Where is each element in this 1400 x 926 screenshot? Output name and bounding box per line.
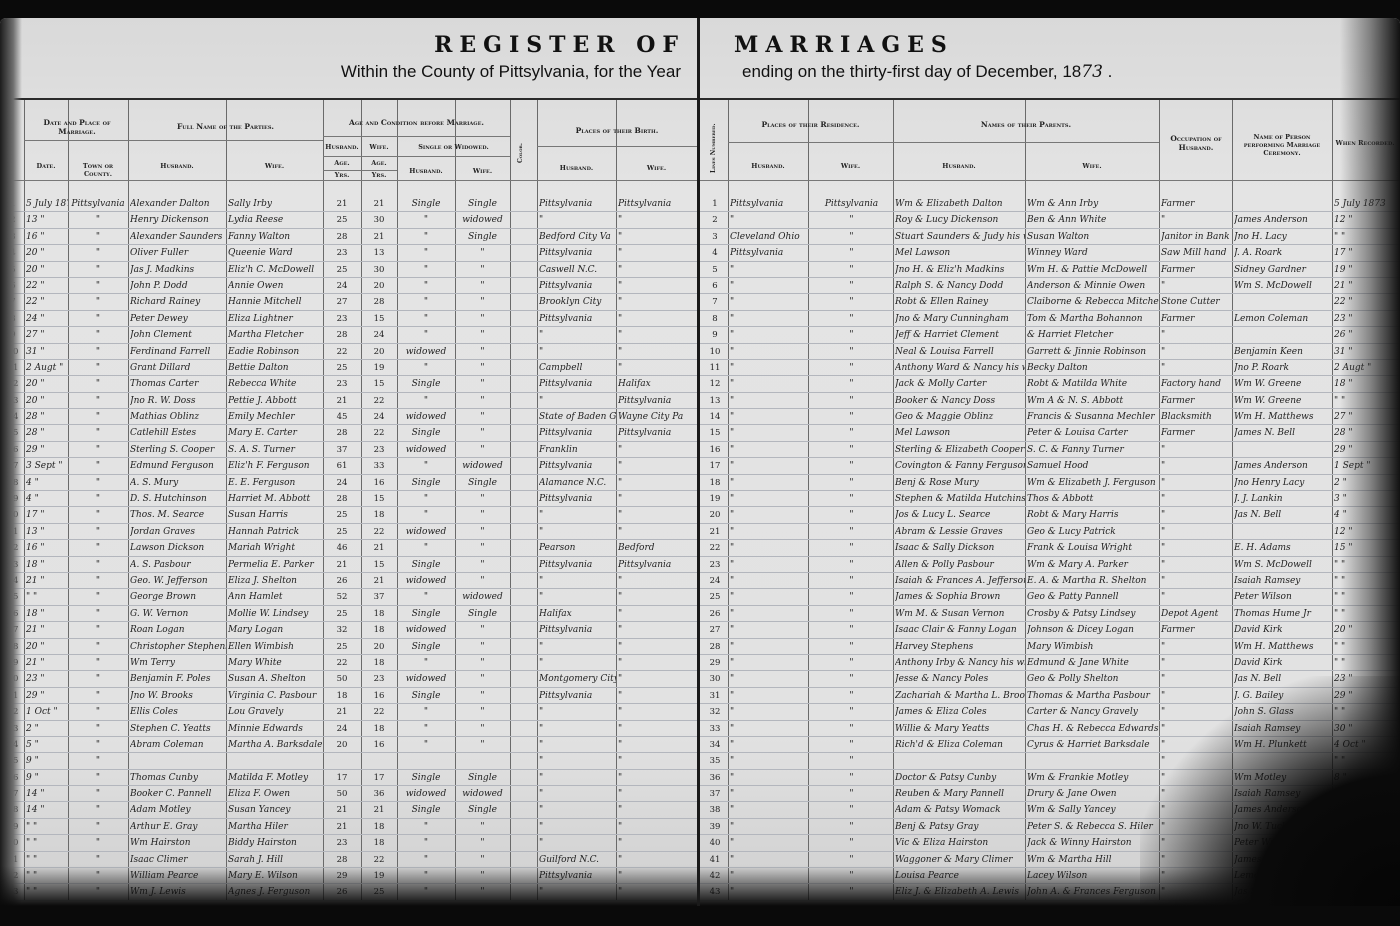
- wife-age: 21: [361, 575, 397, 587]
- husband-parents: Isaiah & Frances A. Jefferson: [895, 575, 1025, 587]
- husband-parents: Geo & Maggie Oblinz: [895, 411, 1025, 423]
- town-county: ": [70, 804, 126, 816]
- wife-birthplace: Pittsylvania: [618, 198, 697, 210]
- husband-name: Peter Dewey: [130, 313, 226, 325]
- husband-age: 24: [323, 477, 361, 489]
- husband-name: Jas J. Madkins: [130, 264, 226, 276]
- wife-parents: Carter & Nancy Gravely: [1027, 706, 1159, 718]
- wife-birthplace: ": [618, 280, 697, 292]
- wife-age: 22: [361, 427, 397, 439]
- register-entry-row: 2""Roy & Lucy DickensonBen & Ann White"J…: [700, 212, 1400, 228]
- wife-age: 33: [361, 460, 397, 472]
- husband-occupation: ": [1161, 493, 1232, 505]
- wife-name: Hannah Patrick: [228, 526, 323, 538]
- marriage-date: 20 ": [26, 395, 68, 407]
- wife-birthplace: ": [618, 346, 697, 358]
- husband-residence: ": [730, 739, 808, 751]
- date-recorded: 30 ": [1334, 723, 1398, 735]
- wife-parents: Francis & Susanna Mechler: [1027, 411, 1159, 423]
- date-recorded: " ": [1334, 641, 1398, 653]
- wife-parents: Cyrus & Harriet Barksdale: [1027, 739, 1159, 751]
- wife-name: Martha A. Barksdale: [228, 739, 323, 751]
- wife-name: Eliz'h C. McDowell: [228, 264, 323, 276]
- register-entry-row: 20""Jos & Lucy L. SearceRobt & Mary Harr…: [700, 507, 1400, 523]
- register-entry-row: 31""Zachariah & Martha L. BrooksThomas &…: [700, 688, 1400, 704]
- line-number: 25: [4, 591, 22, 603]
- wife-condition: ": [455, 723, 510, 735]
- marriage-date: 28 ": [26, 427, 68, 439]
- husband-birthplace: Alamance N.C.: [539, 477, 616, 489]
- husband-residence: ": [730, 804, 808, 816]
- register-entry-row: 2618 ""G. W. VernonMollie W. Lindsey2518…: [0, 606, 697, 622]
- wife-parents: Frank & Louisa Wright: [1027, 542, 1159, 554]
- date-recorded: 15 ": [1334, 804, 1398, 816]
- wife-parents: Becky Dalton: [1027, 362, 1159, 374]
- wife-parents: Garrett & Jinnie Robinson: [1027, 346, 1159, 358]
- wife-condition: ": [455, 870, 510, 882]
- line-number: 1: [704, 198, 726, 210]
- wife-age: 22: [361, 854, 397, 866]
- register-entry-row: 622 ""John P. DoddAnnie Owen2420""Pittsy…: [0, 278, 697, 294]
- line-number: 11: [704, 362, 726, 374]
- wife-age: 15: [361, 559, 397, 571]
- town-county: Pittsylvania: [70, 198, 126, 210]
- header-wife: Wife.: [226, 163, 323, 171]
- town-county: ": [70, 493, 126, 505]
- husband-birthplace: ": [539, 395, 616, 407]
- husband-birthplace: Bedford City Va: [539, 231, 616, 243]
- marriage-date: 13 ": [26, 214, 68, 226]
- date-recorded: 3 ": [1334, 493, 1398, 505]
- husband-condition: widowed: [397, 624, 455, 636]
- register-entry-row: 2318 ""A. S. PasbourPermelia E. Parker21…: [0, 557, 697, 573]
- wife-parents: John A. & Frances Ferguson: [1027, 886, 1159, 898]
- town-county: ": [70, 837, 126, 849]
- husband-condition: ": [397, 509, 455, 521]
- husband-age: 45: [323, 411, 361, 423]
- wife-parents: Jack & Winny Hairston: [1027, 837, 1159, 849]
- husband-occupation: ": [1161, 559, 1232, 571]
- husband-condition: Single: [397, 772, 455, 784]
- husband-birthplace: Campbell: [539, 362, 616, 374]
- line-number: 16: [4, 444, 22, 456]
- line-number: 20: [4, 509, 22, 521]
- husband-occupation: Depot Agent: [1161, 608, 1232, 620]
- marriage-date: 14 ": [26, 804, 68, 816]
- wife-condition: ": [455, 493, 510, 505]
- line-number: 1: [4, 198, 22, 210]
- wife-parents: Mary Wimbish: [1027, 641, 1159, 653]
- husband-residence: ": [730, 526, 808, 538]
- wife-name: Emily Mechler: [228, 411, 323, 423]
- wife-name: Ann Hamlet: [228, 591, 323, 603]
- husband-residence: ": [730, 346, 808, 358]
- wife-parents: Peter S. & Rebecca S. Hiler: [1027, 821, 1159, 833]
- town-county: ": [70, 477, 126, 489]
- husband-residence: ": [730, 329, 808, 341]
- husband-condition: Single: [397, 641, 455, 653]
- wife-birthplace: Wayne City Pa: [618, 411, 697, 423]
- line-number: 19: [704, 493, 726, 505]
- husband-condition: Single: [397, 559, 455, 571]
- register-entry-row: 41" ""Isaac ClimerSarah J. Hill2822""Gui…: [0, 852, 697, 868]
- husband-occupation: ": [1161, 460, 1232, 472]
- header-full-name: Full Name of the Parties.: [128, 122, 323, 131]
- wife-parents: Thos & Abbott: [1027, 493, 1159, 505]
- husband-parents: Robt & Ellen Rainey: [895, 296, 1025, 308]
- line-number: 18: [4, 477, 22, 489]
- register-entry-row: 321 Oct ""Ellis ColesLou Gravely2122"""": [0, 704, 697, 720]
- wife-name: Virginia C. Pasbour: [228, 690, 323, 702]
- header-age-w: Age.: [361, 160, 397, 168]
- wife-birthplace: ": [618, 821, 697, 833]
- town-county: ": [70, 346, 126, 358]
- date-recorded: 18 ": [1334, 378, 1398, 390]
- line-number: 25: [704, 591, 726, 603]
- marriage-date: " ": [26, 837, 68, 849]
- husband-age: 28: [323, 493, 361, 505]
- line-number: 16: [704, 444, 726, 456]
- husband-birthplace: Pittsylvania: [539, 198, 616, 210]
- husband-name: William Pearce: [130, 870, 226, 882]
- wife-name: Sarah J. Hill: [228, 854, 323, 866]
- register-entry-row: 369 ""Thomas CunbyMatilda F. Motley1717S…: [0, 770, 697, 786]
- register-entry-row: 37""Reuben & Mary PannellDrury & Jane Ow…: [700, 786, 1400, 802]
- wife-age: 20: [361, 641, 397, 653]
- date-recorded: 2 ": [1334, 477, 1398, 489]
- marriage-date: 9 ": [26, 772, 68, 784]
- line-number: 6: [704, 280, 726, 292]
- husband-name: Wm J. Lewis: [130, 886, 226, 898]
- husband-name: Abram Coleman: [130, 739, 226, 751]
- wife-condition: widowed: [455, 214, 510, 226]
- husband-age: 21: [323, 395, 361, 407]
- husband-age: 28: [323, 427, 361, 439]
- town-county: ": [70, 854, 126, 866]
- wife-parents: Winney Ward: [1027, 247, 1159, 259]
- line-number: 43: [704, 886, 726, 898]
- husband-occupation: Farmer: [1161, 427, 1232, 439]
- register-entry-row: 3129 ""Jno W. BrooksVirginia C. Pasbour1…: [0, 688, 697, 704]
- wife-residence: ": [810, 837, 893, 849]
- husband-birthplace: ": [539, 788, 616, 800]
- wife-name: Minnie Edwards: [228, 723, 323, 735]
- officiant-name: Wm S. McDowell: [1234, 280, 1332, 292]
- husband-occupation: Stone Cutter: [1161, 296, 1232, 308]
- husband-name: Thos. M. Searce: [130, 509, 226, 521]
- husband-birthplace: ": [539, 591, 616, 603]
- husband-residence: ": [730, 706, 808, 718]
- marriage-date: 29 ": [26, 690, 68, 702]
- wife-birthplace: ": [618, 804, 697, 816]
- wife-residence: ": [810, 509, 893, 521]
- wife-name: Lou Gravely: [228, 706, 323, 718]
- line-number: 23: [4, 559, 22, 571]
- line-number: 43: [4, 886, 22, 898]
- wife-age: 30: [361, 214, 397, 226]
- marriage-date: 31 ": [26, 346, 68, 358]
- husband-occupation: ": [1161, 542, 1232, 554]
- town-county: ": [70, 641, 126, 653]
- wife-parents: E. A. & Martha R. Shelton: [1027, 575, 1159, 587]
- town-county: ": [70, 870, 126, 882]
- wife-name: Sally Irby: [228, 198, 323, 210]
- wife-age: 16: [361, 477, 397, 489]
- wife-name: Mary White: [228, 657, 323, 669]
- register-entry-row: 17""Covington & Fanny FergusonSamuel Hoo…: [700, 458, 1400, 474]
- wife-age: 30: [361, 264, 397, 276]
- wife-birthplace: Pittsylvania: [618, 395, 697, 407]
- register-entry-row: 32""James & Eliza ColesCarter & Nancy Gr…: [700, 704, 1400, 720]
- town-county: ": [70, 788, 126, 800]
- husband-condition: widowed: [397, 673, 455, 685]
- wife-birthplace: ": [618, 575, 697, 587]
- town-county: ": [70, 608, 126, 620]
- officiant-name: Peter Wilson: [1234, 591, 1332, 603]
- line-number: 13: [4, 395, 22, 407]
- marriage-date: 2 ": [26, 723, 68, 735]
- husband-age: 50: [323, 788, 361, 800]
- husband-birthplace: Pittsylvania: [539, 559, 616, 571]
- husband-residence: ": [730, 214, 808, 226]
- register-entry-row: 316 ""Alexander SaundersFanny Walton2821…: [0, 229, 697, 245]
- marriage-date: 9 ": [26, 755, 68, 767]
- register-entry-row: 14""Geo & Maggie OblinzFrancis & Susanna…: [700, 409, 1400, 425]
- husband-condition: widowed: [397, 346, 455, 358]
- wife-condition: Single: [455, 231, 510, 243]
- wife-condition: ": [455, 559, 510, 571]
- wife-birthplace: ": [618, 755, 697, 767]
- wife-residence: ": [810, 624, 893, 636]
- wife-residence: ": [810, 247, 893, 259]
- marriage-date: " ": [26, 821, 68, 833]
- wife-residence: ": [810, 214, 893, 226]
- marriage-date: 20 ": [26, 378, 68, 390]
- register-entry-row: 8""Jno & Mary CunninghamTom & Martha Boh…: [700, 311, 1400, 327]
- husband-occupation: ": [1161, 870, 1232, 882]
- wife-condition: ": [455, 886, 510, 898]
- husband-residence: ": [730, 444, 808, 456]
- wife-age: 37: [361, 591, 397, 603]
- husband-occupation: ": [1161, 444, 1232, 456]
- wife-parents: Lacey Wilson: [1027, 870, 1159, 882]
- husband-age: 18: [323, 690, 361, 702]
- wife-parents: Wm & Martha Hill: [1027, 854, 1159, 866]
- town-county: ": [70, 264, 126, 276]
- husband-parents: Jno H. & Eliz'h Madkins: [895, 264, 1025, 276]
- register-entry-row: 3023 ""Benjamin F. PolesSusan A. Shelton…: [0, 671, 697, 687]
- wife-condition: ": [455, 313, 510, 325]
- husband-parents: Mel Lawson: [895, 427, 1025, 439]
- wife-condition: widowed: [455, 591, 510, 603]
- town-county: ": [70, 280, 126, 292]
- officiant-name: Lemon Coleman: [1234, 313, 1332, 325]
- date-recorded: 26 ": [1334, 329, 1398, 341]
- husband-name: Ferdinand Farrell: [130, 346, 226, 358]
- husband-condition: ": [397, 854, 455, 866]
- husband-condition: ": [397, 493, 455, 505]
- husband-name: Geo. W. Jefferson: [130, 575, 226, 587]
- line-number: 11: [4, 362, 22, 374]
- register-entry-row: 42" ""William PearceMary E. Wilson2919""…: [0, 868, 697, 884]
- line-number: 37: [704, 788, 726, 800]
- town-county: ": [70, 559, 126, 571]
- marriage-date: " ": [26, 886, 68, 898]
- register-entry-row: 927 ""John ClementMartha Fletcher2824"""…: [0, 327, 697, 343]
- wife-residence: ": [810, 427, 893, 439]
- register-entry-row: 184 ""A. S. MuryE. E. Ferguson2416Single…: [0, 475, 697, 491]
- town-county: ": [70, 329, 126, 341]
- wife-residence: ": [810, 460, 893, 472]
- wife-birthplace: ": [618, 837, 697, 849]
- officiant-name: Jno Henry Lacy: [1234, 477, 1332, 489]
- wife-residence: ": [810, 395, 893, 407]
- wife-parents: Johnson & Dicey Logan: [1027, 624, 1159, 636]
- husband-birthplace: ": [539, 804, 616, 816]
- husband-occupation: ": [1161, 575, 1232, 587]
- wife-residence: ": [810, 804, 893, 816]
- husband-parents: Benj & Rose Mury: [895, 477, 1025, 489]
- line-number: 32: [704, 706, 726, 718]
- officiant-name: Jas N. Bell: [1234, 673, 1332, 685]
- husband-birthplace: ": [539, 755, 616, 767]
- wife-name: Hannie Mitchell: [228, 296, 323, 308]
- husband-name: Jno W. Brooks: [130, 690, 226, 702]
- wife-name: Mary E. Wilson: [228, 870, 323, 882]
- date-recorded: 22 ": [1334, 296, 1398, 308]
- husband-residence: ": [730, 608, 808, 620]
- line-number: 10: [704, 346, 726, 358]
- husband-parents: Mel Lawson: [895, 247, 1025, 259]
- wife-residence: ": [810, 788, 893, 800]
- line-number: 21: [704, 526, 726, 538]
- wife-name: Eliza F. Owen: [228, 788, 323, 800]
- town-county: ": [70, 427, 126, 439]
- marriage-date: " ": [26, 870, 68, 882]
- husband-residence: ": [730, 280, 808, 292]
- husband-name: G. W. Vernon: [130, 608, 226, 620]
- husband-occupation: ": [1161, 755, 1232, 767]
- wife-name: Eliz'h F. Ferguson: [228, 460, 323, 472]
- line-number: 27: [4, 624, 22, 636]
- husband-birthplace: Pittsylvania: [539, 493, 616, 505]
- line-number: 38: [4, 804, 22, 816]
- wife-residence: ": [810, 772, 893, 784]
- wife-age: 18: [361, 657, 397, 669]
- register-entry-row: 40" ""Wm HairstonBiddy Hairston2318"""": [0, 835, 697, 851]
- line-number: 18: [704, 477, 726, 489]
- husband-age: 29: [323, 870, 361, 882]
- husband-occupation: ": [1161, 280, 1232, 292]
- officiant-name: Jas S.: [1234, 886, 1332, 898]
- husband-residence: ": [730, 313, 808, 325]
- register-entry-row: 3Cleveland Ohio"Stuart Saunders & Judy h…: [700, 229, 1400, 245]
- wife-parents: Geo & Lucy Patrick: [1027, 526, 1159, 538]
- husband-parents: Anthony Irby & Nancy his wife: [895, 657, 1025, 669]
- husband-condition: ": [397, 231, 455, 243]
- date-recorded: " ": [1334, 755, 1398, 767]
- line-number: 4: [704, 247, 726, 259]
- wife-name: Eliza Lightner: [228, 313, 323, 325]
- marriage-date: " ": [26, 854, 68, 866]
- wife-residence: ": [810, 411, 893, 423]
- register-entry-row: 9""Jeff & Harriet Clement& Harriet Fletc…: [700, 327, 1400, 343]
- husband-parents: Benj & Patsy Gray: [895, 821, 1025, 833]
- register-entry-row: 36""Doctor & Patsy CunbyWm & Frankie Mot…: [700, 770, 1400, 786]
- register-entry-row: 4Pittsylvania"Mel LawsonWinney WardSaw M…: [700, 245, 1400, 261]
- husband-age: 32: [323, 624, 361, 636]
- date-recorded: 4 ": [1334, 509, 1398, 521]
- header-age-husband: Husband.: [323, 144, 361, 152]
- husband-occupation: ": [1161, 509, 1232, 521]
- wife-birthplace: ": [618, 296, 697, 308]
- husband-birthplace: ": [539, 723, 616, 735]
- wife-age: 18: [361, 608, 397, 620]
- town-county: ": [70, 706, 126, 718]
- line-number: 15: [4, 427, 22, 439]
- wife-parents: Wm H. & Pattie McDowell: [1027, 264, 1159, 276]
- date-recorded: 23 ": [1334, 673, 1398, 685]
- husband-name: Jordan Graves: [130, 526, 226, 538]
- husband-name: Wm Hairston: [130, 837, 226, 849]
- wife-condition: ": [455, 247, 510, 259]
- wife-birthplace: ": [618, 788, 697, 800]
- husband-birthplace: ": [539, 886, 616, 898]
- title-register-of: REGISTER OF: [434, 32, 685, 58]
- husband-condition: ": [397, 264, 455, 276]
- register-entry-row: 40""Vic & Eliza HairstonJack & Winny Hai…: [700, 835, 1400, 851]
- wife-birthplace: ": [618, 264, 697, 276]
- register-entry-row: 33""Willie & Mary YeattsChas H. & Rebecc…: [700, 721, 1400, 737]
- husband-occupation: ": [1161, 837, 1232, 849]
- husband-age: 61: [323, 460, 361, 472]
- wife-name: Mariah Wright: [228, 542, 323, 554]
- line-number: 23: [704, 559, 726, 571]
- husband-age: 23: [323, 313, 361, 325]
- register-entry-row: 3814 ""Adam MotleySusan Yancey2121Single…: [0, 802, 697, 818]
- husband-name: A. S. Mury: [130, 477, 226, 489]
- wife-residence: ": [810, 739, 893, 751]
- line-number: 14: [704, 411, 726, 423]
- wife-condition: ": [455, 280, 510, 292]
- register-entry-row: 6""Ralph S. & Nancy DoddAnderson & Minni…: [700, 278, 1400, 294]
- husband-residence: ": [730, 296, 808, 308]
- register-entry-row: 2113 ""Jordan GravesHannah Patrick2522wi…: [0, 524, 697, 540]
- officiant-name: Wm W. Greene: [1234, 395, 1332, 407]
- husband-birthplace: Pittsylvania: [539, 690, 616, 702]
- wife-birthplace: ": [618, 657, 697, 669]
- line-number: 34: [4, 739, 22, 751]
- header-places-birth: Places of their Birth.: [537, 126, 697, 135]
- marriage-date: 17 ": [26, 509, 68, 521]
- wife-name: Mollie W. Lindsey: [228, 608, 323, 620]
- line-number: 6: [4, 280, 22, 292]
- wife-condition: ": [455, 509, 510, 521]
- husband-name: Grant Dillard: [130, 362, 226, 374]
- husband-birthplace: ": [539, 837, 616, 849]
- husband-condition: ": [397, 657, 455, 669]
- line-number: 7: [4, 296, 22, 308]
- husband-condition: ": [397, 739, 455, 751]
- line-number: 2: [4, 214, 22, 226]
- line-number: 26: [4, 608, 22, 620]
- wife-residence: ": [810, 477, 893, 489]
- husband-condition: ": [397, 886, 455, 898]
- officiant-name: Wm H. Matthews: [1234, 641, 1332, 653]
- date-recorded: 2 Augt ": [1334, 362, 1398, 374]
- town-county: ": [70, 444, 126, 456]
- wife-residence: ": [810, 378, 893, 390]
